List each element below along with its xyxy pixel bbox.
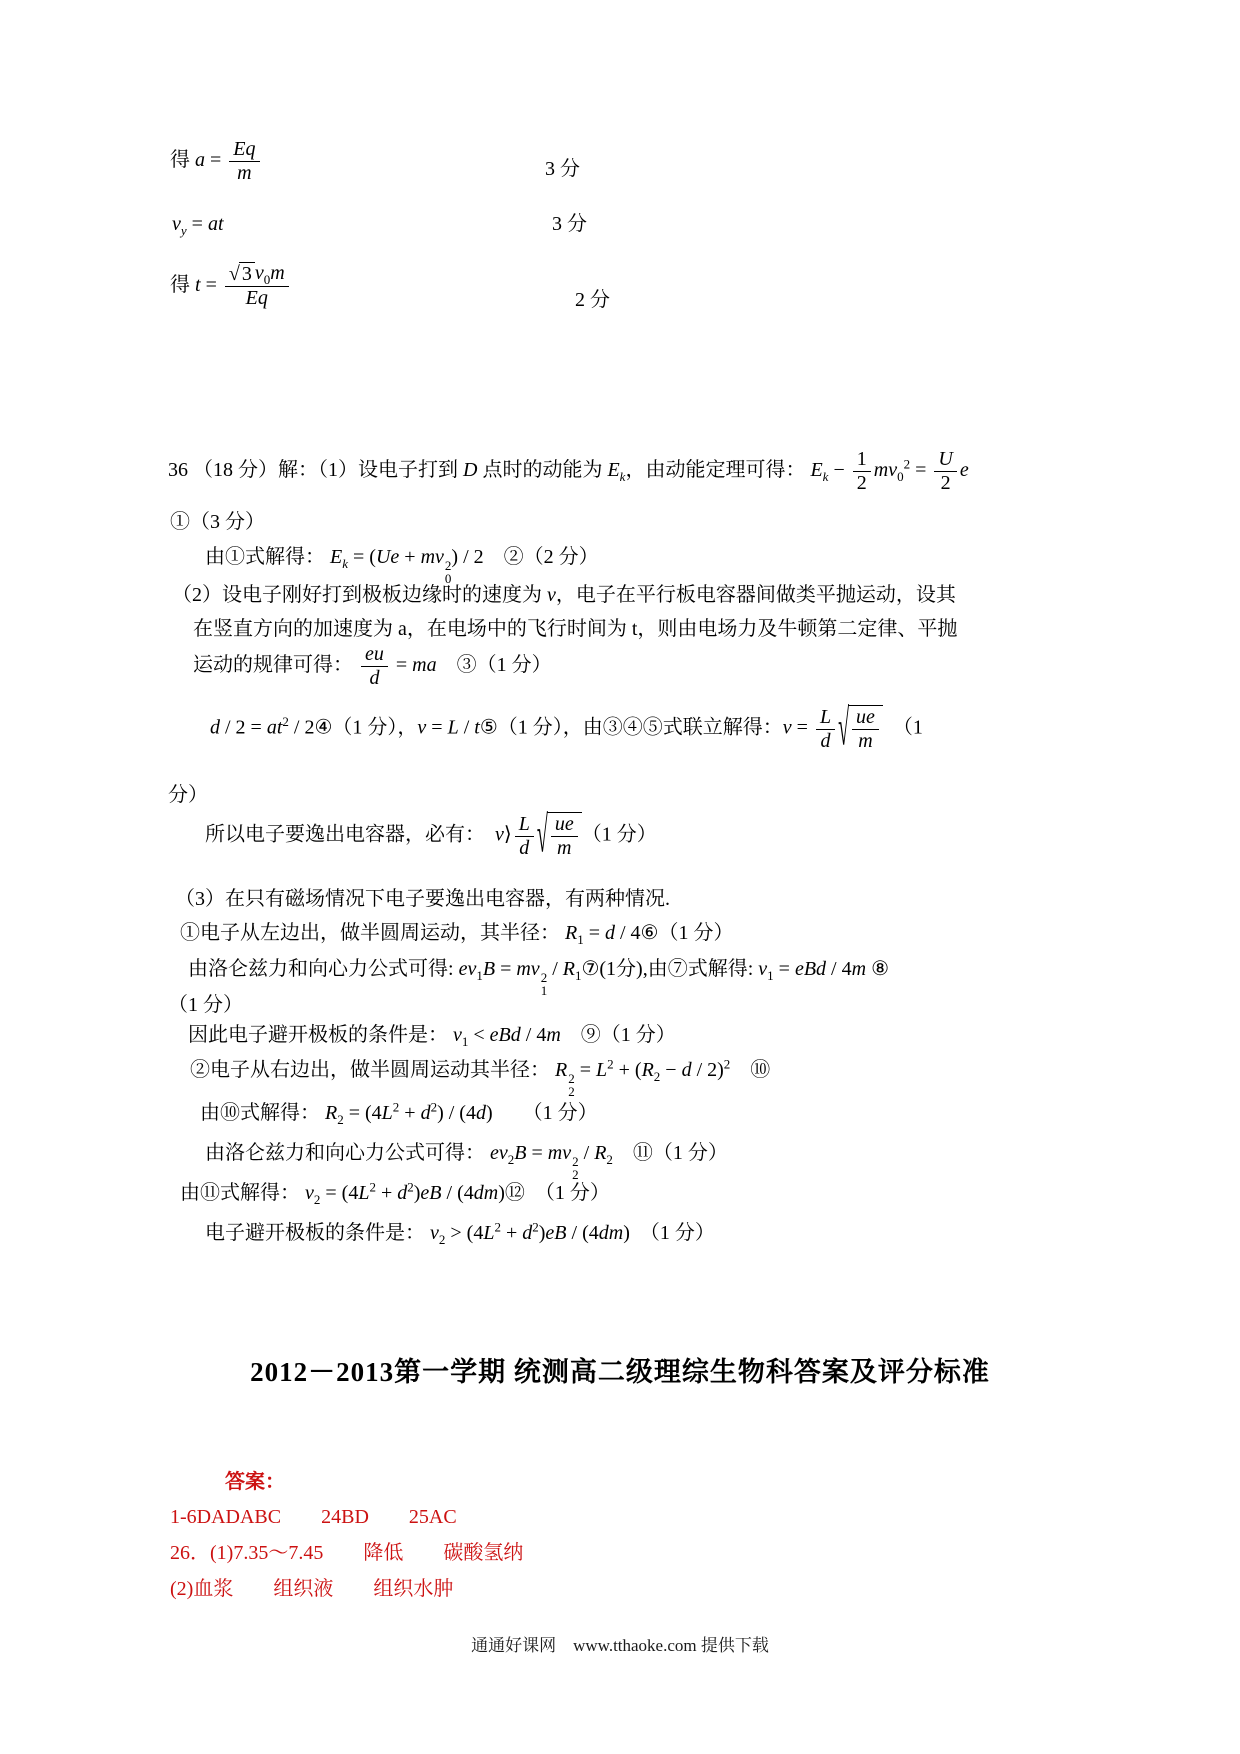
radical: √3 <box>229 262 255 286</box>
text-run: ⑪（1 分） <box>613 1142 728 1164</box>
solution-line: ①电子从左边出，做半圆周运动，其半径： R1 = d / 4⑥（1 分） <box>180 916 734 950</box>
solution-line: 由洛仑兹力和向心力公式可得： ev2B = mv22 / R2 ⑪（1 分） <box>205 1136 728 1181</box>
formula-line-a: 得 a = Eqm <box>170 138 263 185</box>
math-variable: d <box>682 1059 692 1081</box>
fraction: Eqm <box>229 138 259 185</box>
text-run: ) / 2 ②（2 分） <box>451 546 598 568</box>
math-variable: ue <box>856 706 875 728</box>
fraction-numerator: ue <box>852 706 879 730</box>
math-variable: d <box>605 922 615 944</box>
math-variable: dm <box>599 1222 623 1244</box>
math-variable: m <box>546 1024 560 1046</box>
text-run: ③（1 分） <box>437 654 552 676</box>
solution-line: d / 2 = at2 / 2④（1 分），v = L / t⑤（1 分），由③… <box>210 705 923 753</box>
text-run: + <box>501 1222 522 1244</box>
math-variable: d <box>210 717 220 739</box>
math-variable: R <box>555 1059 567 1081</box>
math-variable: d <box>421 1102 431 1124</box>
math-variable: v <box>783 717 792 739</box>
text-run: / 2) <box>692 1059 724 1081</box>
solution-line: 因此电子避开极板的条件是： v1 < eBd / 4m ⑨（1 分） <box>188 1018 676 1052</box>
fraction: eud <box>361 643 388 690</box>
math-variable: L <box>519 813 530 835</box>
text-run: / <box>579 1142 595 1164</box>
math-variable: m <box>557 837 571 859</box>
score-label: 2 分 <box>575 283 610 317</box>
text-run: 由⑩式解得： <box>200 1102 325 1124</box>
math-variable: m <box>270 262 284 284</box>
radical-symbol: √ <box>537 793 548 880</box>
fraction-denominator: 2 <box>937 472 955 495</box>
radical: √uem <box>537 812 582 860</box>
math-variable: v <box>172 213 181 235</box>
math-variable: d <box>397 1182 407 1204</box>
answer-line: 1-6DADABC 24BD 25AC <box>170 1500 457 1534</box>
text-run: / 2④（1 分）， <box>289 717 418 739</box>
math-variable: eB <box>420 1182 441 1204</box>
fraction-denominator: d <box>515 837 533 860</box>
text-run: 点时的动能为 <box>477 459 607 481</box>
radical: √uem <box>838 705 883 753</box>
math-variable: v <box>417 717 426 739</box>
math-variable: v <box>499 1142 508 1164</box>
text-run: 3 <box>242 263 252 285</box>
math-variable: v <box>547 584 556 606</box>
math-variable: v <box>562 1142 571 1164</box>
text-run: ) （1 分） <box>486 1102 598 1124</box>
fraction-denominator: 2 <box>853 472 871 495</box>
math-variable: U <box>938 448 952 470</box>
math-variable: E <box>810 459 822 481</box>
math-variable: v <box>888 459 897 481</box>
text-run: = <box>910 459 931 481</box>
text-run: ，由动能定理可得： <box>625 459 810 481</box>
math-variable: eB <box>545 1222 566 1244</box>
solution-line: 由⑩式解得： R2 = (4L2 + d2) / (4d) （1 分） <box>200 1096 598 1130</box>
fraction: 12 <box>853 448 871 495</box>
formula-line-vy: vy = at <box>172 207 224 241</box>
math-variable: d <box>821 730 831 752</box>
fraction-numerator: ue <box>551 813 578 837</box>
math-variable: R <box>325 1102 337 1124</box>
text-run: = <box>201 274 222 296</box>
text-run: 由①式解得： <box>205 546 330 568</box>
text-run: 由洛仑兹力和向心力公式可得： <box>205 1142 490 1164</box>
text-run: 得 <box>170 274 195 296</box>
text-run: + <box>399 1102 420 1124</box>
solution-line: （1 分） <box>168 988 243 1022</box>
fraction-numerator: U <box>934 448 956 472</box>
solution-line: 在竖直方向的加速度为 a，在电场中的飞行时间为 t，则由电场力及牛顿第二定律、平… <box>193 612 957 646</box>
solution-line: ②电子从右边出，做半圆周运动其半径： R22 = L2 + (R2 − d / … <box>190 1053 770 1098</box>
math-variable: m <box>548 1142 562 1164</box>
fraction: √3v0mEq <box>225 262 289 310</box>
text-run: = ( <box>348 546 376 568</box>
text-run: ⑩ <box>730 1059 770 1081</box>
text-run: 在竖直方向的加速度为 a，在电场中的飞行时间为 t，则由电场力及牛顿第二定律、平… <box>193 618 957 640</box>
math-variable: v <box>467 958 476 980</box>
text-run: = <box>495 958 516 980</box>
text-run: = <box>527 1142 548 1164</box>
text-run: + <box>376 1182 397 1204</box>
math-variable: eBd <box>795 958 826 980</box>
text-run: 运动的规律可得： <box>193 654 358 676</box>
answer-line: 26．(1)7.35～7.45 降低 碳酸氢纳 <box>170 1536 523 1570</box>
fraction: uem <box>852 706 879 753</box>
text-run: （1 分） <box>168 994 243 1016</box>
text-run: = <box>774 958 795 980</box>
text-run: = <box>187 213 208 235</box>
solution-line: 分） <box>168 778 208 812</box>
math-variable: ue <box>555 813 574 835</box>
solution-line: （2）设电子刚好打到极板边缘时的速度为 v，电子在平行板电容器间做类平抛运动，设… <box>172 578 956 612</box>
text-run: / 4⑥（1 分） <box>615 922 734 944</box>
text-run: ⑤（1 分），由③④⑤式联立解得： <box>480 717 783 739</box>
text-run: 电子避开极板的条件是： <box>205 1222 430 1244</box>
math-variable: e <box>960 459 969 481</box>
solution-line: 36 （18 分）解：（1）设电子打到 D 点时的动能为 Ek，由动能定理可得：… <box>168 448 969 495</box>
math-variable: m <box>874 459 888 481</box>
fraction-denominator: m <box>553 837 575 860</box>
section-title: 2012－2013第一学期 统测高二级理综生物科答案及评分标准 <box>0 1350 1240 1389</box>
text-run: 2 <box>857 472 867 494</box>
math-variable: L <box>820 706 831 728</box>
text-run: （1 分） <box>582 824 657 846</box>
math-variable: m <box>852 958 866 980</box>
math-variable: d <box>369 667 379 689</box>
score-label: 3 分 <box>552 207 587 241</box>
text-run: （2）设电子刚好打到极板边缘时的速度为 <box>172 584 547 606</box>
text-run: ) / (4 <box>437 1102 476 1124</box>
math-variable: R <box>642 1059 654 1081</box>
text-run: ) （1 分） <box>623 1222 715 1244</box>
fraction-numerator: eu <box>361 643 388 667</box>
math-variable: R <box>594 1142 606 1164</box>
math-variable: L <box>382 1102 393 1124</box>
text-run: 得 <box>170 149 195 171</box>
text-run: = <box>792 717 813 739</box>
text-run: ⑧ <box>866 958 889 980</box>
answer-line: (2)血浆 组织液 组织水肿 <box>170 1572 453 1606</box>
solution-line: ①（3 分） <box>170 505 265 539</box>
fraction-denominator: d <box>817 730 835 753</box>
math-variable: m <box>858 730 872 752</box>
radical-body: uem <box>547 812 582 860</box>
text-run: = (4 <box>320 1182 358 1204</box>
math-variable: at <box>267 717 283 739</box>
math-variable: ma <box>412 654 436 676</box>
math-variable: d <box>519 837 529 859</box>
text-run: 36 （18 分）解：（1）设电子打到 <box>168 459 463 481</box>
math-variable: v <box>435 546 444 568</box>
fraction: Ld <box>816 706 835 753</box>
solution-line: 电子避开极板的条件是： v2 > (4L2 + d2)eB / (4dm) （1… <box>205 1216 715 1250</box>
text-run: / <box>547 958 563 980</box>
text-run: 分） <box>168 784 208 806</box>
fraction-denominator: d <box>365 667 383 690</box>
math-variable: Eq <box>233 138 255 160</box>
math-variable: v <box>495 824 504 846</box>
text-run: / (4 <box>567 1222 599 1244</box>
fraction: Ld <box>515 813 534 860</box>
text-run: 2 <box>941 472 951 494</box>
text-run: = <box>391 654 412 676</box>
fraction-numerator: L <box>515 813 534 837</box>
math-variable: L <box>483 1222 494 1244</box>
radical-body: 3 <box>239 262 255 286</box>
math-variable: m <box>516 958 530 980</box>
radical-body: uem <box>848 705 883 753</box>
fraction-numerator: Eq <box>229 138 259 162</box>
solution-line: 所以电子要逸出电容器，必有： v⟩Ld√uem（1 分） <box>205 812 657 860</box>
text-run: 由洛仑兹力和向心力公式可得: <box>188 958 459 980</box>
text-run: ①（3 分） <box>170 511 265 533</box>
text-run: > (4 <box>445 1222 483 1244</box>
math-variable: B <box>483 958 495 980</box>
text-run: （3）在只有磁场情况下电子要逸出电容器，有两种情况. <box>175 888 670 910</box>
math-variable: v <box>305 1182 314 1204</box>
text-run: = <box>426 717 447 739</box>
text-run: < <box>468 1024 489 1046</box>
math-variable: eBd <box>490 1024 521 1046</box>
math-variable: e <box>490 1142 499 1164</box>
math-variable: v <box>758 958 767 980</box>
math-variable: a <box>195 149 205 171</box>
fraction-numerator: L <box>816 706 835 730</box>
text-run: − <box>660 1059 681 1081</box>
math-variable: m <box>237 162 251 184</box>
text-run: + ( <box>614 1059 642 1081</box>
text-run: / (4 <box>442 1182 474 1204</box>
text-run: ⑨（1 分） <box>561 1024 676 1046</box>
fraction-denominator: m <box>233 162 255 185</box>
math-variable: eu <box>365 643 384 665</box>
text-run: = <box>205 149 226 171</box>
text-run: / <box>459 717 475 739</box>
solution-line: 运动的规律可得： eud = ma ③（1 分） <box>193 643 552 690</box>
fraction: U2 <box>934 448 956 495</box>
text-run: ②电子从右边出，做半圆周运动其半径： <box>190 1059 555 1081</box>
text-run: 因此电子避开极板的条件是： <box>188 1024 453 1046</box>
radical-symbol: √ <box>838 686 849 773</box>
math-variable: E <box>607 459 619 481</box>
text-run: / 4 <box>521 1024 547 1046</box>
score-label: 3 分 <box>545 152 580 186</box>
text-run: + <box>399 546 420 568</box>
math-variable: L <box>358 1182 369 1204</box>
text-run: − <box>828 459 849 481</box>
math-variable: Eq <box>246 287 268 309</box>
fraction-numerator: √3v0m <box>225 262 289 287</box>
solution-line: 由洛仑兹力和向心力公式可得: ev1B = mv21 / R1⑦(1分),由⑦式… <box>188 952 889 997</box>
math-variable: v <box>453 1024 462 1046</box>
text-run: ，电子在平行板电容器间做类平抛运动，设其 <box>556 584 956 606</box>
text-run: = <box>584 922 605 944</box>
math-variable: v <box>531 958 540 980</box>
solution-line: 由⑪式解得： v2 = (4L2 + d2)eB / (4dm)⑫ （1 分） <box>180 1176 610 1210</box>
formula-line-t: 得 t = √3v0mEq <box>170 262 292 310</box>
answers-heading: 答案： <box>225 1465 285 1499</box>
math-variable: L <box>448 717 459 739</box>
text-run: / 4 <box>826 958 852 980</box>
math-variable: Ue <box>376 546 399 568</box>
text-run: / 2 = <box>220 717 267 739</box>
math-variable: L <box>596 1059 607 1081</box>
math-variable: v <box>430 1222 439 1244</box>
math-variable: R <box>563 958 575 980</box>
fraction-denominator: m <box>854 730 876 753</box>
text-run: 所以电子要逸出电容器，必有： <box>205 824 495 846</box>
text-run: )⑫ （1 分） <box>498 1182 610 1204</box>
math-variable: d <box>476 1102 486 1124</box>
text-run: = <box>575 1059 596 1081</box>
text-run: ①电子从左边出，做半圆周运动，其半径： <box>180 922 565 944</box>
math-variable: E <box>330 546 342 568</box>
document-page: 得 a = Eqm 3 分 vy = at 3 分 得 t = √3v0mEq … <box>0 0 1240 1754</box>
solution-line: （3）在只有磁场情况下电子要逸出电容器，有两种情况. <box>175 882 670 916</box>
math-variable: at <box>208 213 224 235</box>
math-variable: B <box>514 1142 526 1164</box>
math-variable: R <box>565 922 577 944</box>
text-run: 由⑪式解得： <box>180 1182 305 1204</box>
subscript: 1 <box>541 984 548 997</box>
text-run: = (4 <box>344 1102 382 1124</box>
fraction: uem <box>551 813 578 860</box>
math-variable: m <box>421 546 435 568</box>
math-variable: dm <box>474 1182 498 1204</box>
fraction-denominator: Eq <box>242 287 272 310</box>
fraction-numerator: 1 <box>853 448 871 472</box>
text-run: （1 <box>883 717 923 739</box>
text-run: ⑦(1分),由⑦式解得: <box>581 958 758 980</box>
footer-watermark: 通通好课网 www.tthaoke.com 提供下载 <box>70 1631 1170 1656</box>
math-variable: D <box>463 459 477 481</box>
math-variable: v <box>255 262 264 284</box>
text-run: ⟩ <box>504 824 512 846</box>
math-variable: d <box>522 1222 532 1244</box>
text-run: 1 <box>857 448 867 470</box>
